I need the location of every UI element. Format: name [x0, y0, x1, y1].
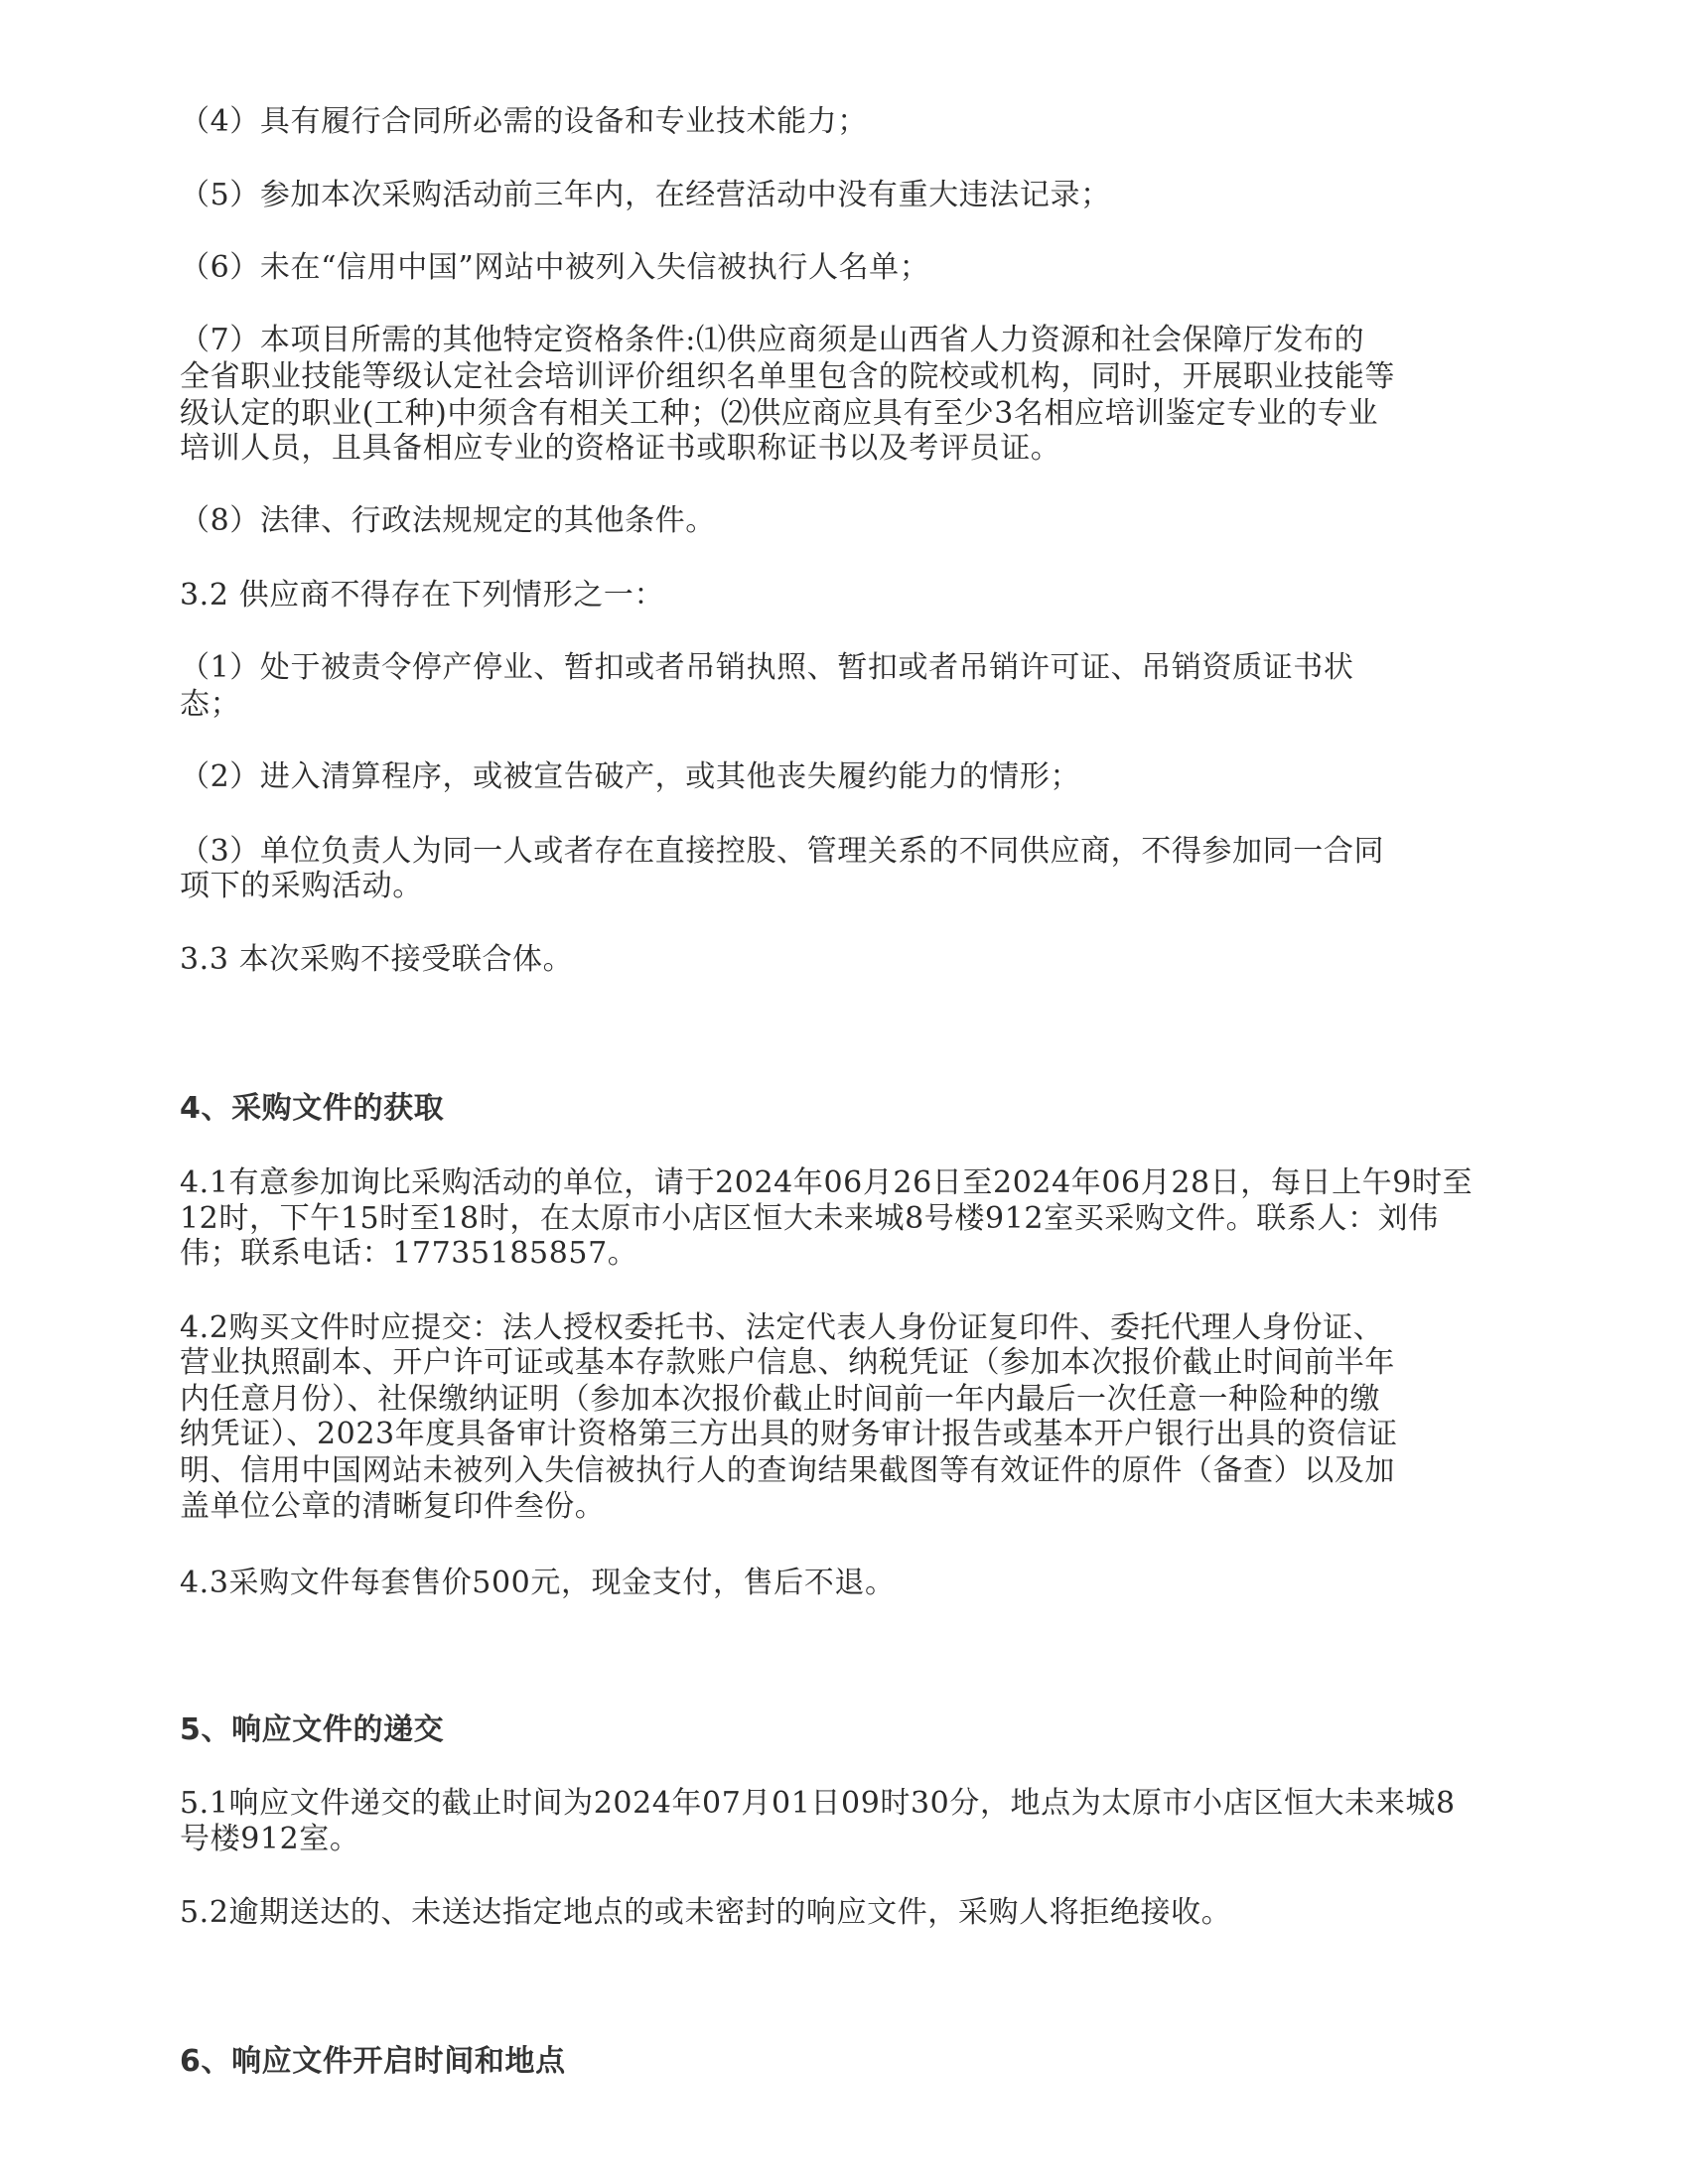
clause-3-2-1-line-2: 态； [180, 687, 240, 723]
clause-4-2-line-1: 4.2购买文件时应提交：法人授权委托书、法定代表人身份证复印件、委托代理人身份证… [180, 1310, 1383, 1346]
clause-4-2-line-4: 纳凭证）、2023年度具备审计资格第三方出具的财务审计报告或基本开户银行出具的资… [180, 1417, 1398, 1452]
clause-3-2-2-line-1: （2）进入清算程序，或被宣告破产，或其他丧失履约能力的情形； [180, 759, 1080, 795]
clause-3-2-3-line-1: （3）单位负责人为同一人或者存在直接控股、管理关系的不同供应商，不得参加同一合同 [180, 834, 1384, 870]
section-6-heading: 6、响应文件开启时间和地点 [180, 2044, 566, 2080]
clause-4-1-line-2: 12时，下午15时至18时，在太原市小店区恒大未来城8号楼912室买采购文件。联… [180, 1201, 1439, 1237]
item-7-line-3: 级认定的职业(工种)中须含有相关工种；⑵供应商应具有至少3名相应培训鉴定专业的专… [180, 396, 1378, 432]
clause-4-1-line-3: 伟；联系电话：17735185857。 [180, 1236, 637, 1272]
clause-4-1-line-1: 4.1有意参加询比采购活动的单位，请于2024年06月26日至2024年06月2… [180, 1165, 1473, 1201]
clause-4-2-line-3: 内任意月份）、社保缴纳证明（参加本次报价截止时间前一年内最后一次任意一种险种的缴 [180, 1382, 1380, 1418]
clause-3-2-3-line-2: 项下的采购活动。 [180, 869, 423, 904]
item-6-line-1: （6）未在“信用中国”网站中被列入失信被执行人名单； [180, 250, 929, 286]
clause-4-2-line-6: 盖单位公章的清晰复印件叁份。 [180, 1489, 605, 1525]
clause-3-2-title: 3.2 供应商不得存在下列情形之一： [180, 578, 664, 614]
clause-4-2-line-2: 营业执照副本、开户许可证或基本存款账户信息、纳税凭证（参加本次报价截止时间前半年 [180, 1345, 1395, 1381]
clause-5-2: 5.2逾期送达的、未送达指定地点的或未密封的响应文件，采购人将拒绝接收。 [180, 1895, 1231, 1931]
section-5-heading: 5、响应文件的递交 [180, 1712, 444, 1748]
section-4-heading: 4、采购文件的获取 [180, 1091, 444, 1127]
clause-4-2-line-5: 明、信用中国网站未被列入失信被执行人的查询结果截图等有效证件的原件（备查）以及加 [180, 1453, 1395, 1489]
item-7-line-4: 培训人员，且具备相应专业的资格证书或职称证书以及考评员证。 [180, 431, 1060, 467]
item-4-line-1: （4）具有履行合同所必需的设备和专业技术能力； [180, 104, 868, 140]
clause-4-3: 4.3采购文件每套售价500元，现金支付，售后不退。 [180, 1566, 896, 1601]
clause-3-3: 3.3 本次采购不接受联合体。 [180, 942, 573, 978]
clause-5-1-line-1: 5.1响应文件递交的截止时间为2024年07月01日09时30分，地点为太原市小… [180, 1786, 1456, 1822]
item-7-line-2: 全省职业技能等级认定社会培训评价组织名单里包含的院校或机构，同时，开展职业技能等 [180, 359, 1395, 395]
clause-5-1-line-2: 号楼912室。 [180, 1822, 359, 1857]
clause-3-2-1-line-1: （1）处于被责令停产停业、暂扣或者吊销执照、暂扣或者吊销许可证、吊销资质证书状 [180, 650, 1354, 686]
item-7-line-1: （7）本项目所需的其他特定资格条件:⑴供应商须是山西省人力资源和社会保障厅发布的 [180, 323, 1364, 358]
item-8-line-1: （8）法律、行政法规规定的其他条件。 [180, 503, 716, 539]
item-5-line-1: （5）参加本次采购活动前三年内，在经营活动中没有重大违法记录； [180, 178, 1111, 213]
